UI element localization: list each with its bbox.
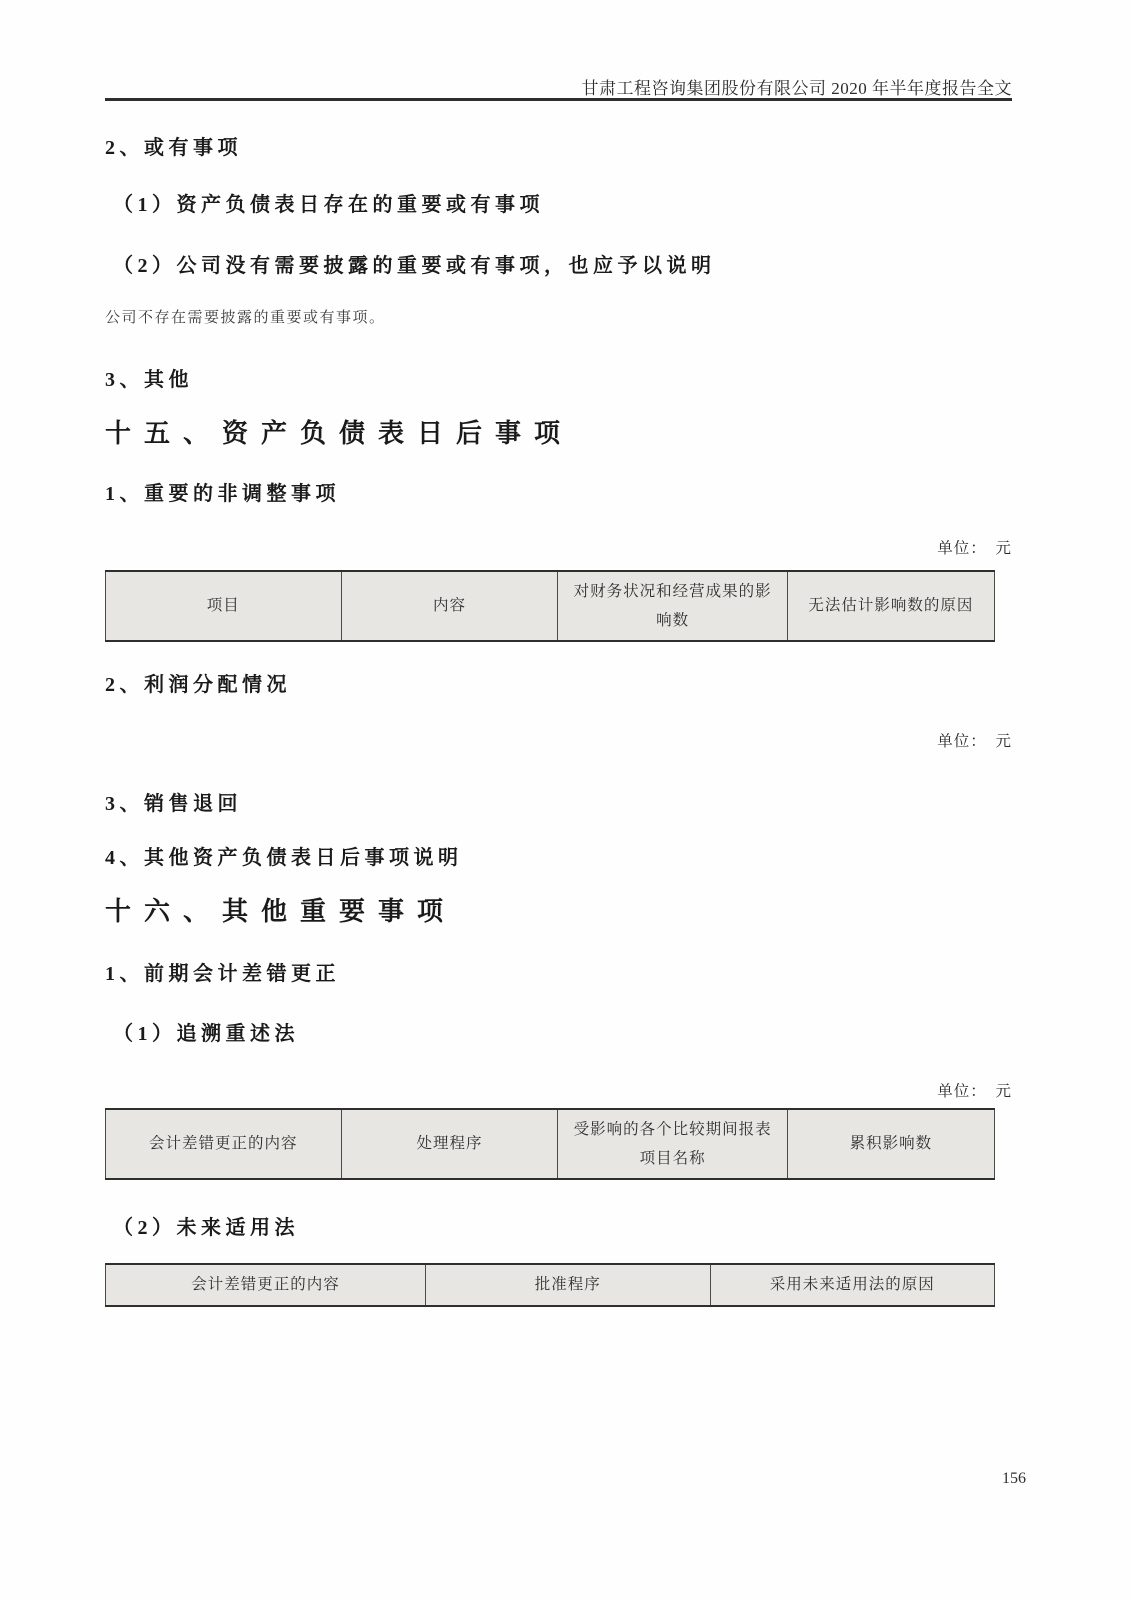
heading-contingencies-sub1: （1）资产负债表日存在的重要或有事项 [113, 188, 544, 217]
header-rule [105, 98, 1012, 101]
heading-prospective-method: （2）未来适用法 [113, 1211, 299, 1240]
col-header-correction-content: 会计差错更正的内容 [106, 1109, 342, 1179]
col-header-approval-procedure: 批准程序 [426, 1264, 710, 1306]
col-header-item: 项目 [106, 571, 342, 641]
retrospective-restatement-table: 会计差错更正的内容 处理程序 受影响的各个比较期间报表项目名称 累积影响数 [105, 1108, 995, 1180]
heading-contingencies: 2、或有事项 [105, 131, 242, 160]
heading-ch15-s3: 3、销售退回 [105, 787, 242, 816]
heading-chapter-15: 十五、资产负债表日后事项 [105, 413, 573, 450]
table-header-row: 会计差错更正的内容 处理程序 受影响的各个比较期间报表项目名称 累积影响数 [106, 1109, 995, 1179]
heading-ch15-s1: 1、重要的非调整事项 [105, 477, 340, 506]
col-header-cumulative-impact: 累积影响数 [787, 1109, 994, 1179]
heading-other: 3、其他 [105, 363, 193, 392]
table-header-row: 会计差错更正的内容 批准程序 采用未来适用法的原因 [106, 1264, 995, 1306]
non-adjusting-events-table: 项目 内容 对财务状况和经营成果的影响数 无法估计影响数的原因 [105, 570, 995, 642]
col-header-content: 内容 [341, 571, 558, 641]
unit-label-non-adjusting: 单位： 元 [105, 536, 1012, 558]
heading-ch15-s2: 2、利润分配情况 [105, 668, 291, 697]
col-header-prospective-reason: 采用未来适用法的原因 [710, 1264, 995, 1306]
page-number: 156 [105, 1470, 1026, 1488]
heading-chapter-16: 十六、其他重要事项 [105, 891, 456, 928]
report-header-title: 甘肃工程咨询集团股份有限公司 2020 年半年度报告全文 [105, 74, 1012, 99]
col-header-procedure: 处理程序 [341, 1109, 558, 1179]
heading-ch15-s4: 4、其他资产负债表日后事项说明 [105, 841, 463, 870]
col-header-affected-items: 受影响的各个比较期间报表项目名称 [558, 1109, 787, 1179]
heading-contingencies-sub2: （2）公司没有需要披露的重要或有事项，也应予以说明 [113, 249, 716, 278]
contingencies-note: 公司不存在需要披露的重要或有事项。 [105, 306, 386, 327]
document-page: 甘肃工程咨询集团股份有限公司 2020 年半年度报告全文 2、或有事项 （1）资… [0, 0, 1131, 1600]
col-header-correction-content: 会计差错更正的内容 [106, 1264, 426, 1306]
heading-ch16-s1: 1、前期会计差错更正 [105, 957, 340, 986]
table-header-row: 项目 内容 对财务状况和经营成果的影响数 无法估计影响数的原因 [106, 571, 995, 641]
unit-label-retrospective: 单位： 元 [105, 1079, 1012, 1101]
heading-retrospective-method: （1）追溯重述法 [113, 1017, 299, 1046]
prospective-application-table: 会计差错更正的内容 批准程序 采用未来适用法的原因 [105, 1263, 995, 1307]
col-header-impact-amount: 对财务状况和经营成果的影响数 [558, 571, 787, 641]
col-header-reason: 无法估计影响数的原因 [787, 571, 994, 641]
unit-label-profit-distribution: 单位： 元 [105, 729, 1012, 751]
